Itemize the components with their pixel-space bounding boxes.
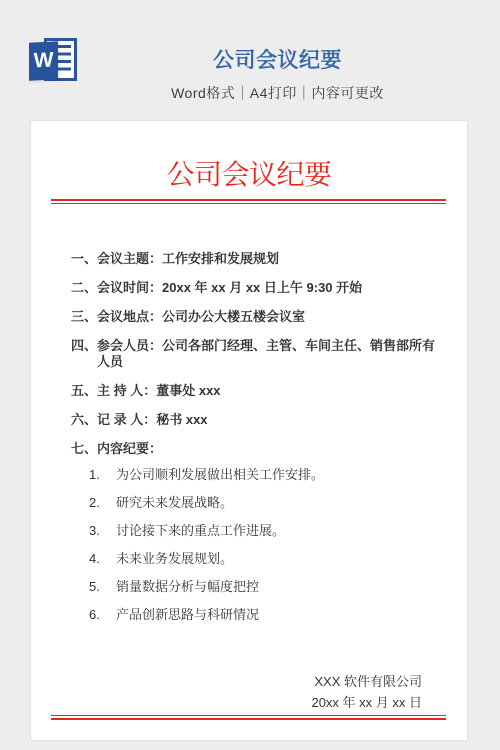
list-item-number: 六、 bbox=[71, 412, 97, 428]
preview-title: 公司会议纪要 bbox=[80, 44, 475, 74]
minutes-item: 3. 讨论接下来的重点工作进展。 bbox=[89, 523, 442, 539]
word-file-icon: W bbox=[29, 38, 77, 85]
minutes-item: 6. 产品创新思路与科研情况 bbox=[89, 607, 442, 623]
list-item-number: 七、 bbox=[71, 441, 97, 457]
list-item: 六、 记 录 人：秘书 xxx bbox=[71, 412, 442, 428]
header-text-block: 公司会议纪要 Word格式｜A4打印｜内容可更改 bbox=[80, 44, 475, 103]
document-title: 公司会议纪要 bbox=[31, 157, 467, 193]
list-item-text: 会议主题：工作安排和发展规划 bbox=[97, 251, 279, 267]
preview-header: W 公司会议纪要 Word格式｜A4打印｜内容可更改 bbox=[0, 0, 500, 120]
word-icon-cover: W bbox=[29, 41, 58, 81]
minutes-item: 4. 未来业务发展规划。 bbox=[89, 551, 442, 567]
list-item-text: 会议时间：20xx 年 xx 月 xx 日上午 9:30 开始 bbox=[97, 280, 362, 296]
title-divider-line bbox=[51, 199, 446, 204]
minutes-item-number: 1. bbox=[89, 467, 116, 483]
minutes-item-number: 3. bbox=[89, 523, 116, 539]
minutes-item-text: 销量数据分析与幅度把控 bbox=[116, 579, 259, 595]
document-page: 公司会议纪要 一、 会议主题：工作安排和发展规划 二、 会议时间：20xx 年 … bbox=[30, 120, 468, 741]
minutes-item-number: 5. bbox=[89, 579, 116, 595]
list-item-text: 参会人员：公司各部门经理、主管、车间主任、销售部所有人员 bbox=[97, 338, 442, 370]
minutes-item-text: 未来业务发展规划。 bbox=[116, 551, 233, 567]
list-item-text: 主 持 人：董事处 xxx bbox=[97, 383, 221, 399]
list-item-text: 内容纪要： bbox=[97, 441, 162, 457]
footer-divider-line bbox=[51, 715, 446, 720]
list-item: 二、 会议时间：20xx 年 xx 月 xx 日上午 9:30 开始 bbox=[71, 280, 442, 296]
minutes-item-number: 4. bbox=[89, 551, 116, 567]
list-item-number: 五、 bbox=[71, 383, 97, 399]
list-item: 五、 主 持 人：董事处 xxx bbox=[71, 383, 442, 399]
minutes-item-text: 产品创新思路与科研情况 bbox=[116, 607, 259, 623]
list-item-number: 二、 bbox=[71, 280, 97, 296]
word-icon-letter: W bbox=[34, 48, 54, 73]
minutes-item-text: 研究未来发展战略。 bbox=[116, 495, 233, 511]
list-item: 七、 内容纪要： bbox=[71, 441, 442, 457]
preview-subtitle: Word格式｜A4打印｜内容可更改 bbox=[80, 83, 475, 103]
list-item-text: 会议地点：公司办公大楼五楼会议室 bbox=[97, 309, 305, 325]
word-icon-text-lines bbox=[56, 45, 71, 75]
minutes-item: 1. 为公司顺利发展做出相关工作安排。 bbox=[89, 467, 442, 483]
list-item: 一、 会议主题：工作安排和发展规划 bbox=[71, 251, 442, 267]
signature-company: XXX 软件有限公司 bbox=[31, 671, 422, 692]
agenda-list: 一、 会议主题：工作安排和发展规划 二、 会议时间：20xx 年 xx 月 xx… bbox=[71, 251, 442, 457]
list-item-number: 三、 bbox=[71, 309, 97, 325]
list-item: 三、 会议地点：公司办公大楼五楼会议室 bbox=[71, 309, 442, 325]
list-item-number: 一、 bbox=[71, 251, 97, 267]
list-item: 四、 参会人员：公司各部门经理、主管、车间主任、销售部所有人员 bbox=[71, 338, 442, 370]
minutes-item: 2. 研究未来发展战略。 bbox=[89, 495, 442, 511]
signature-date: 20xx 年 xx 月 xx 日 bbox=[31, 692, 422, 713]
list-item-text: 记 录 人：秘书 xxx bbox=[97, 412, 208, 428]
signature-block: XXX 软件有限公司 20xx 年 xx 月 xx 日 bbox=[31, 671, 467, 713]
minutes-list: 1. 为公司顺利发展做出相关工作安排。 2. 研究未来发展战略。 3. 讨论接下… bbox=[89, 467, 442, 623]
minutes-item: 5. 销量数据分析与幅度把控 bbox=[89, 579, 442, 595]
list-item-number: 四、 bbox=[71, 338, 97, 370]
minutes-item-text: 讨论接下来的重点工作进展。 bbox=[116, 523, 285, 539]
minutes-item-text: 为公司顺利发展做出相关工作安排。 bbox=[116, 467, 324, 483]
template-preview: { "header": { "title": "公司会议纪要", "subtit… bbox=[0, 0, 500, 750]
minutes-item-number: 2. bbox=[89, 495, 116, 511]
minutes-item-number: 6. bbox=[89, 607, 116, 623]
